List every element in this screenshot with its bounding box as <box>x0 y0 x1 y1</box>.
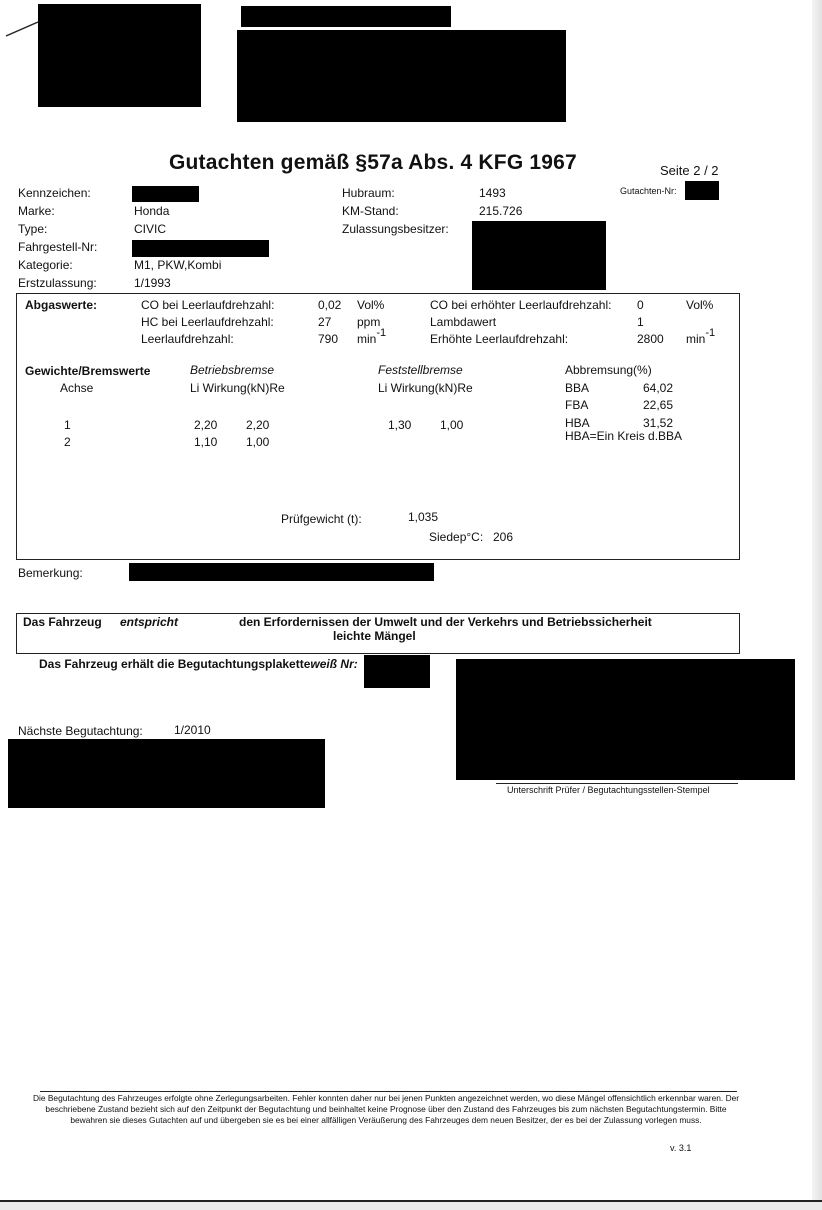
vin-label: Fahrgestell-Nr: <box>18 240 97 254</box>
pen-stroke-mark <box>4 18 40 40</box>
axle-number: 2 <box>64 435 71 449</box>
page-number: Seite 2 / 2 <box>660 163 719 178</box>
boiling-point-label: Siedep°C: <box>429 530 483 544</box>
redacted-owner <box>472 221 606 290</box>
test-weight-label: Prüfgewicht (t): <box>281 512 362 526</box>
hc-idle-label: HC bei Leerlaufdrehzahl: <box>141 315 274 329</box>
co-high-idle-label: CO bei erhöhter Leerlaufdrehzahl: <box>430 298 611 312</box>
page-title: Gutachten gemäß §57a Abs. 4 KFG 1967 <box>169 151 577 175</box>
parking-li: 1,30 <box>388 418 411 432</box>
category-label: Kategorie: <box>18 258 73 272</box>
idle-speed-unit: min-1 <box>357 332 386 346</box>
service-li: 2,20 <box>194 418 217 432</box>
mileage-label: KM-Stand: <box>342 204 399 218</box>
first-registration-label: Erstzulassung: <box>18 276 97 290</box>
high-idle-speed-unit: min-1 <box>686 332 715 346</box>
service-li: 1,10 <box>194 435 217 449</box>
type-label: Type: <box>18 222 47 236</box>
deceleration-heading: Abbremsung(%) <box>565 363 652 377</box>
lambda-value: 1 <box>637 315 644 329</box>
axle-number: 1 <box>64 418 71 432</box>
redacted-sticker-number <box>364 655 430 688</box>
redacted-header-line <box>241 6 451 27</box>
make-label: Marke: <box>18 204 55 218</box>
redacted-logo <box>38 4 201 107</box>
co-idle-label: CO bei Leerlaufdrehzahl: <box>141 298 274 312</box>
verdict-status: entspricht <box>120 615 178 629</box>
parking-brake-header: Feststellbremse <box>378 363 463 377</box>
page-edge-bottom <box>0 1200 822 1210</box>
form-version: v. 3.1 <box>670 1143 691 1153</box>
verdict-subject: Das Fahrzeug <box>23 615 102 629</box>
report-number-label: Gutachten-Nr: <box>620 186 677 196</box>
redacted-plate <box>132 186 199 202</box>
redacted-inspector-info <box>8 739 325 808</box>
remark-label: Bemerkung: <box>18 566 83 580</box>
high-idle-speed-value: 2800 <box>637 332 664 346</box>
lambda-label: Lambdawert <box>430 315 496 329</box>
axle-header: Achse <box>60 381 93 395</box>
next-inspection-value: 1/2010 <box>174 723 211 737</box>
service-brake-header: Betriebsbremse <box>190 363 274 377</box>
service-re: 2,20 <box>246 418 269 432</box>
co-idle-value: 0,02 <box>318 298 341 312</box>
footer-disclaimer: Die Begutachtung des Fahrzeuges erfolgte… <box>30 1093 742 1126</box>
redacted-remark <box>129 563 434 581</box>
make-value: Honda <box>134 204 169 218</box>
verdict-defects: leichte Mängel <box>333 629 416 643</box>
brakes-heading: Gewichte/Bremswerte <box>25 364 150 378</box>
redacted-report-number <box>685 181 719 200</box>
page-edge-right <box>812 0 822 1210</box>
hba-note: HBA=Ein Kreis d.BBA <box>565 429 682 443</box>
redacted-letterhead <box>237 30 566 122</box>
high-idle-speed-label: Erhöhte Leerlaufdrehzahl: <box>430 332 568 346</box>
plate-label: Kennzeichen: <box>18 186 91 200</box>
test-weight-value: 1,035 <box>408 510 438 524</box>
displacement-value: 1493 <box>479 186 506 200</box>
co-high-idle-value: 0 <box>637 298 644 312</box>
idle-speed-value: 790 <box>318 332 338 346</box>
co-high-idle-unit: Vol% <box>686 298 713 312</box>
next-inspection-label: Nächste Begutachtung: <box>18 724 143 738</box>
sticker-line: Das Fahrzeug erhält die Begutachtungspla… <box>39 657 358 671</box>
footer-divider <box>40 1091 737 1092</box>
bba-value: 64,02 <box>643 381 673 395</box>
parking-brake-effect-header: Li Wirkung(kN)Re <box>378 381 473 395</box>
bba-label: BBA <box>565 381 589 395</box>
first-registration-value: 1/1993 <box>134 276 171 290</box>
fba-label: FBA <box>565 398 588 412</box>
service-brake-effect-header: Li Wirkung(kN)Re <box>190 381 285 395</box>
mileage-value: 215.726 <box>479 204 522 218</box>
co-idle-unit: Vol% <box>357 298 384 312</box>
service-re: 1,00 <box>246 435 269 449</box>
parking-re: 1,00 <box>440 418 463 432</box>
displacement-label: Hubraum: <box>342 186 395 200</box>
signature-caption: Unterschrift Prüfer / Begutachtungsstell… <box>507 785 710 795</box>
verdict-text: den Erfordernissen der Umwelt und der Ve… <box>239 615 652 629</box>
category-value: M1, PKW,Kombi <box>134 258 221 272</box>
hba-value: 31,52 <box>643 416 673 430</box>
idle-speed-label: Leerlaufdrehzahl: <box>141 332 234 346</box>
redacted-signature-stamp <box>456 659 795 780</box>
boiling-point-value: 206 <box>493 530 513 544</box>
hc-idle-value: 27 <box>318 315 331 329</box>
signature-line <box>496 783 738 784</box>
owner-label: Zulassungsbesitzer: <box>342 222 449 236</box>
hba-label: HBA <box>565 416 590 430</box>
redacted-vin <box>132 240 269 257</box>
exhaust-heading: Abgaswerte: <box>25 298 97 312</box>
fba-value: 22,65 <box>643 398 673 412</box>
type-value: CIVIC <box>134 222 166 236</box>
